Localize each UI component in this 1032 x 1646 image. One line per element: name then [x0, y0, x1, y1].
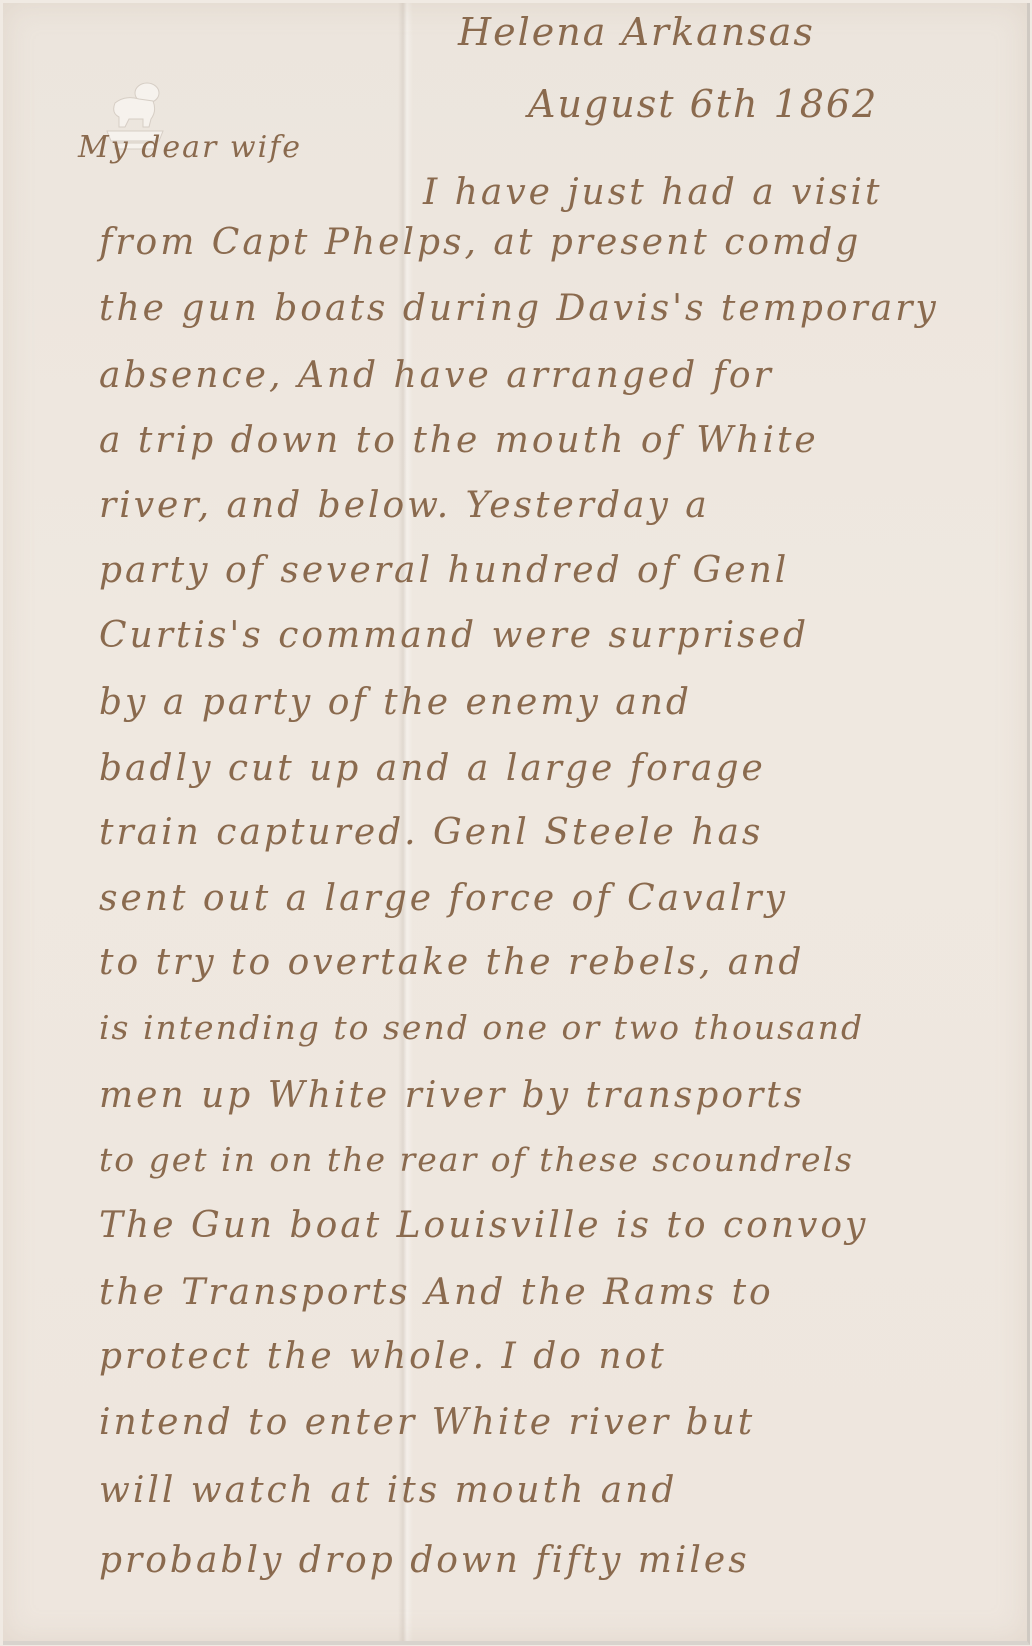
letter-line: Curtis's command were surprised [99, 618, 809, 654]
letter-line: to get in on the rear of these scoundrel… [99, 1143, 854, 1176]
letter-line: I have just had a visit [423, 175, 882, 211]
letter-line: by a party of the enemy and [99, 685, 692, 721]
letter-date: August 6th 1862 [528, 85, 878, 123]
letter-page: Helena Arkansas August 6th 1862 My dear … [3, 3, 1030, 1645]
letter-line: is intending to send one or two thousand [99, 1011, 864, 1044]
letter-line: men up White river by transports [99, 1078, 805, 1114]
letter-line: train captured. Genl Steele has [99, 815, 763, 851]
letter-line: sent out a large force of Cavalry [99, 881, 788, 917]
letter-line: probably drop down fifty miles [99, 1543, 750, 1579]
letter-line: river, and below. Yesterday a [99, 488, 710, 524]
letter-line: badly cut up and a large forage [99, 751, 766, 787]
letter-place: Helena Arkansas [458, 13, 815, 51]
letter-line: party of several hundred of Genl [99, 553, 789, 589]
letter-line: from Capt Phelps, at present comdg [99, 225, 861, 261]
letter-line: a trip down to the mouth of White [99, 423, 819, 459]
letter-line: the Transports And the Rams to [99, 1275, 774, 1311]
letter-line: protect the whole. I do not [99, 1339, 667, 1375]
letter-salutation: My dear wife [78, 133, 302, 163]
letter-line: the gun boats during Davis's temporary [99, 291, 939, 327]
letter-scan: Helena Arkansas August 6th 1862 My dear … [0, 0, 1032, 1646]
letter-line: will watch at its mouth and [99, 1473, 677, 1509]
letter-line: intend to enter White river but [99, 1405, 755, 1441]
letter-line: to try to overtake the rebels, and [99, 945, 804, 981]
letter-line: The Gun boat Louisville is to convoy [99, 1208, 868, 1244]
letter-line: absence, And have arranged for [99, 358, 774, 394]
